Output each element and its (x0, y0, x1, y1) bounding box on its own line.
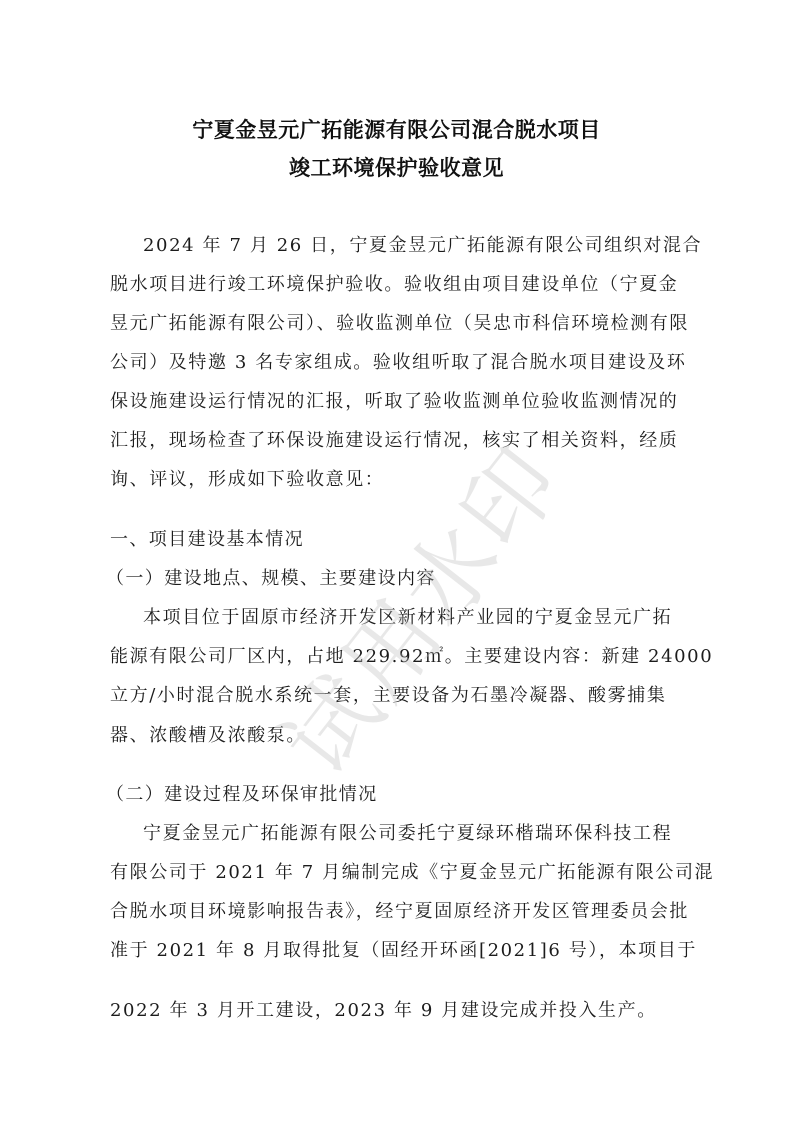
subsection-heading-2: （二）建设过程及环保审批情况 (106, 783, 666, 807)
section-heading-1: 一、项目建设基本情况 (110, 528, 670, 552)
paragraph-line: 2024 年 7 月 26 日，宁夏金昱元广拓能源有限公司组织对混合 (143, 234, 670, 258)
paragraph-line: 立方/小时混合脱水系统一套，主要设备为石墨冷凝器、酸雾捕集 (110, 684, 670, 708)
paragraph-line: 2022 年 3 月开工建设，2023 年 9 月建设完成并投入生产。 (110, 999, 670, 1023)
paragraph-line: 宁夏金昱元广拓能源有限公司委托宁夏绿环楷瑞环保科技工程 (143, 822, 670, 846)
paragraph-line: 汇报，现场检查了环保设施建设运行情况，核实了相关资料，经质 (110, 429, 670, 453)
document-title-line-2: 竣工环境保护验收意见 (0, 152, 793, 182)
paragraph-line: 合脱水项目环境影响报告表》，经宁夏固原经济开发区管理委员会批 (110, 900, 670, 924)
paragraph-line: 昱元广拓能源有限公司）、验收监测单位（吴忠市科信环境检测有限 (110, 312, 670, 336)
paragraph-line: 准于 2021 年 8 月取得批复（固经开环函[2021]6 号），本项目于 (110, 939, 670, 963)
paragraph-line: 器、浓酸槽及浓酸泵。 (110, 724, 670, 748)
paragraph-line: 本项目位于固原市经济开发区新材料产业园的宁夏金昱元广拓 (143, 606, 670, 630)
paragraph-line: 有限公司于 2021 年 7 月编制完成《宁夏金昱元广拓能源有限公司混 (110, 861, 670, 885)
subsection-heading-1: （一）建设地点、规模、主要建设内容 (106, 567, 666, 591)
paragraph-line: 保设施建设运行情况的汇报，听取了验收监测单位验收监测情况的 (110, 390, 670, 414)
paragraph-line: 询、评议，形成如下验收意见： (110, 468, 670, 492)
document-page: 宁夏金昱元广拓能源有限公司混合脱水项目 竣工环境保护验收意见 2024 年 7 … (0, 0, 793, 1122)
paragraph-line: 公司）及特邀 3 名专家组成。验收组听取了混合脱水项目建设及环 (110, 351, 670, 375)
document-title-line-1: 宁夏金昱元广拓能源有限公司混合脱水项目 (0, 114, 793, 144)
paragraph-line: 脱水项目进行竣工环境保护验收。验收组由项目建设单位（宁夏金 (110, 273, 670, 297)
paragraph-line: 能源有限公司厂区内，占地 229.92㎡。主要建设内容：新建 24000 (110, 645, 670, 669)
